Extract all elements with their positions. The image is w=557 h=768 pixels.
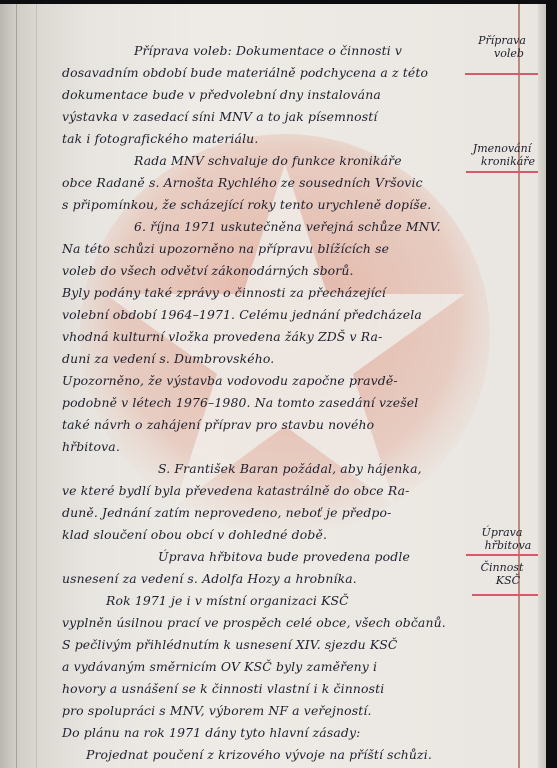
text-line: hovory a usnášení se k činnosti vlastní … [62, 678, 466, 700]
margin-note-line: voleb [466, 47, 538, 60]
text-line: volební období 1964–1971. Celému jednání… [62, 304, 466, 326]
text-line: Upozorněno, že výstavba vodovodu započne… [62, 370, 466, 392]
binding-gutter-line [16, 4, 17, 768]
text-line: vyplněn úsilnou prací ve prospěch celé o… [62, 612, 466, 634]
text-line: Projednat poučení z krizového vývoje na … [62, 744, 466, 766]
text-line: klad sloučení obou obcí v dohledné době. [62, 524, 466, 546]
text-line: Byly podány také zprávy o činnosti za př… [62, 282, 466, 304]
text-line: s připomínkou, že scházející roky tento … [62, 194, 466, 216]
text-line: duně. Jednání zatím neprovedeno, neboť j… [62, 502, 466, 524]
text-line: Úprava hřbitova bude provedena podle [62, 546, 466, 568]
text-line: S. František Baran požádal, aby hájenka, [62, 458, 466, 480]
margin-note-underline [466, 554, 538, 556]
text-line: tak i fotografického materiálu. [62, 128, 466, 150]
text-line: obce Radaně s. Arnošta Rychlého ze souse… [62, 172, 466, 194]
chronicle-page: Příprava voleb: Dokumentace o činnosti v… [0, 4, 546, 768]
margin-note-jmenovani-kronikare: Jmenování kronikáře [466, 142, 538, 168]
text-line: také návrh o zahájení příprav pro stavbu… [62, 414, 466, 436]
text-line: Na této schůzi upozorněno na přípravu bl… [62, 238, 466, 260]
margin-note-line: KSČ [466, 574, 538, 587]
margin-note-line: Příprava [466, 34, 538, 47]
margin-note-underline [472, 594, 538, 596]
text-line: usnesení za vedení s. Adolfa Hozy a hrob… [62, 568, 466, 590]
text-line: a vydávaným směrnicím OV KSČ byly zaměře… [62, 656, 466, 678]
margin-note-priprava-voleb: Příprava voleb [466, 34, 538, 60]
text-line: S pečlivým přihlédnutím k usnesení XIV. … [62, 634, 466, 656]
margin-rule [518, 4, 520, 768]
margin-note-cinnost-ksc: Činnost KSČ [466, 561, 538, 587]
binding-gutter-line [36, 4, 37, 768]
text-line: pro spolupráci s MNV, výborem NF a veřej… [62, 700, 466, 722]
text-line: výstavka v zasedací síni MNV a to jak pí… [62, 106, 466, 128]
text-line: Do plánu na rok 1971 dány tyto hlavní zá… [62, 722, 466, 744]
text-line: ve které bydlí byla převedena katastráln… [62, 480, 466, 502]
margin-note-line: Úprava [466, 526, 538, 539]
text-line: dosavadním období bude materiálně podchy… [62, 62, 466, 84]
text-line: voleb do všech odvětví zákonodárných sbo… [62, 260, 466, 282]
margin-note-underline [465, 73, 538, 75]
margin-note-uprava-hrbitova: Úprava hřbitova [466, 526, 538, 552]
text-line: dokumentace bude v předvolební dny insta… [62, 84, 466, 106]
text-line: 6. října 1971 uskutečněna veřejná schůze… [62, 216, 466, 238]
text-line: Rada MNV schvaluje do funkce kronikáře [62, 150, 466, 172]
handwritten-text: Příprava voleb: Dokumentace o činnosti v… [62, 40, 466, 766]
text-line: vhodná kulturní vložka provedena žáky ZD… [62, 326, 466, 348]
margin-note-line: hřbitova [466, 539, 538, 552]
margin-note-underline [466, 171, 538, 173]
text-line: podobně v létech 1976–1980. Na tomto zas… [62, 392, 466, 414]
text-line: duni za vedení s. Dumbrovského. [62, 348, 466, 370]
margin-note-line: Činnost [466, 561, 538, 574]
text-line: Rok 1971 je i v místní organizaci KSČ [62, 590, 466, 612]
margin-note-line: kronikáře [466, 155, 538, 168]
text-line: hřbitova. [62, 436, 466, 458]
margin-note-line: Jmenování [466, 142, 538, 155]
page-edge [538, 4, 546, 768]
text-line: Příprava voleb: Dokumentace o činnosti v [62, 40, 466, 62]
